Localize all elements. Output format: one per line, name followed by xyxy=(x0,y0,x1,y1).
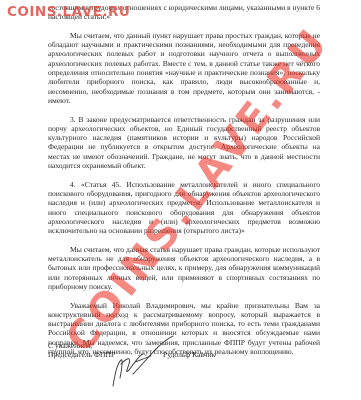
watermark-top-left: COINS.LAVE.RU xyxy=(7,4,130,20)
paragraph-point-2-comment: Мы считаем, что данный пункт нарушает пр… xyxy=(48,31,320,105)
signer-name: Рудольф Кавчик xyxy=(163,350,215,359)
letter-body: состоящим в трудовых отношениях с юридич… xyxy=(48,3,320,366)
signature-icon xyxy=(105,334,185,392)
paragraph-point-4-comment: Мы считаем, что данная статья нарушает п… xyxy=(48,245,320,291)
paragraph-point-3: 3. В законе предусматривается ответствен… xyxy=(48,115,320,171)
paragraph-point-4: 4. «Статья 45. Использование металлоиска… xyxy=(48,180,320,236)
